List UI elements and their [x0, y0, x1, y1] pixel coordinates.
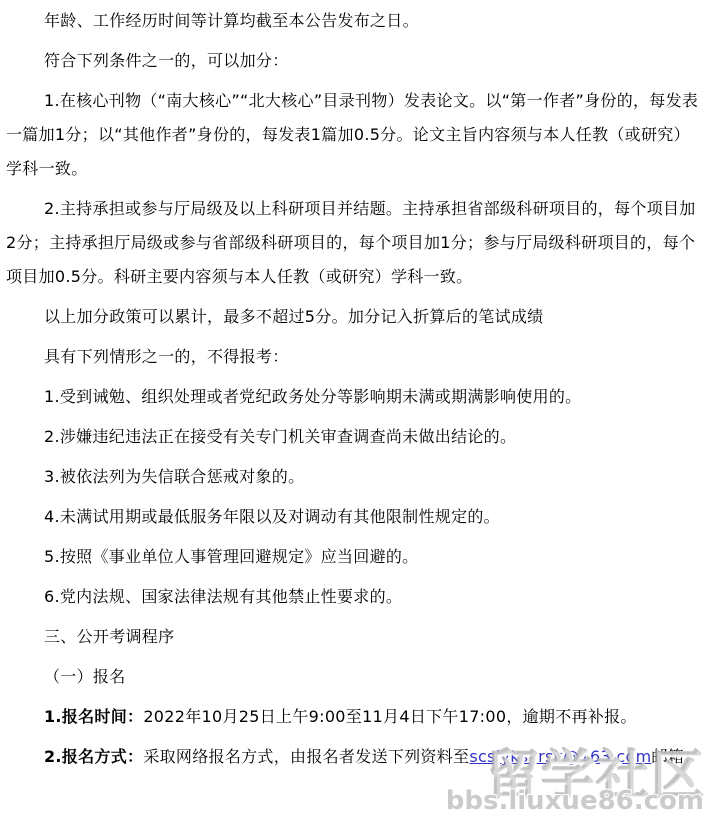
paragraph-disqualify-item-4: 4.未满试用期或最低服务年限以及对调动有其他限制性规定的。 — [6, 500, 702, 534]
announcement-body: 年龄、工作经历时间等计算均截至本公告发布之日。 符合下列条件之一的，可以加分： … — [0, 0, 706, 774]
paragraph-bonus-intro: 符合下列条件之一的，可以加分： — [6, 44, 702, 78]
document-page: { "document": { "paragraphs": [ { "text"… — [0, 0, 706, 815]
paragraph-disqualify-item-5: 5.按照《事业单位人事管理回避规定》应当回避的。 — [6, 540, 702, 574]
paragraph-disqualify-intro: 具有下列情形之一的，不得报考： — [6, 340, 702, 374]
registration-time-value: 2022年10月25日上午9:00至11月4日下午17:00，逾期不再补报。 — [143, 707, 636, 726]
paragraph-registration-time: 1.报名时间：2022年10月25日上午9:00至11月4日下午17:00，逾期… — [6, 700, 702, 734]
registration-method-label: 2.报名方式： — [44, 747, 143, 766]
paragraph-bonus-item-1: 1.在核心刊物（“南大核心”“北大核心”目录刊物）发表论文。以“第一作者”身份的… — [6, 84, 702, 186]
registration-method-suffix: 邮箱： — [651, 747, 700, 766]
section-heading-procedure: 三、公开考调程序 — [6, 620, 702, 654]
paragraph-disqualify-item-6: 6.党内法规、国家法律法规有其他禁止性要求的。 — [6, 580, 702, 614]
paragraph-bonus-cap: 以上加分政策可以累计，最多不超过5分。加分记入折算后的笔试成绩 — [6, 300, 702, 334]
paragraph-age-cutoff: 年龄、工作经历时间等计算均截至本公告发布之日。 — [6, 4, 702, 38]
registration-time-label: 1.报名时间： — [44, 707, 143, 726]
paragraph-disqualify-item-2: 2.涉嫌违纪违法正在接受有关专门机关审查调查尚未做出结论的。 — [6, 420, 702, 454]
paragraph-registration-method: 2.报名方式：采取网络报名方式，由报名者发送下列资料至scsjyksyrsk@1… — [6, 740, 702, 774]
subsection-heading-registration: （一）报名 — [6, 660, 702, 694]
email-link[interactable]: scsjyksyrsk@163.com — [469, 747, 651, 766]
paragraph-bonus-item-2: 2.主持承担或参与厅局级及以上科研项目并结题。主持承担省部级科研项目的，每个项目… — [6, 192, 702, 294]
registration-method-text: 采取网络报名方式，由报名者发送下列资料至 — [143, 747, 469, 766]
watermark-site-url: bbs.liuxue86.com — [446, 787, 706, 815]
paragraph-disqualify-item-3: 3.被依法列为失信联合惩戒对象的。 — [6, 460, 702, 494]
paragraph-disqualify-item-1: 1.受到诫勉、组织处理或者党纪政务处分等影响期未满或期满影响使用的。 — [6, 380, 702, 414]
